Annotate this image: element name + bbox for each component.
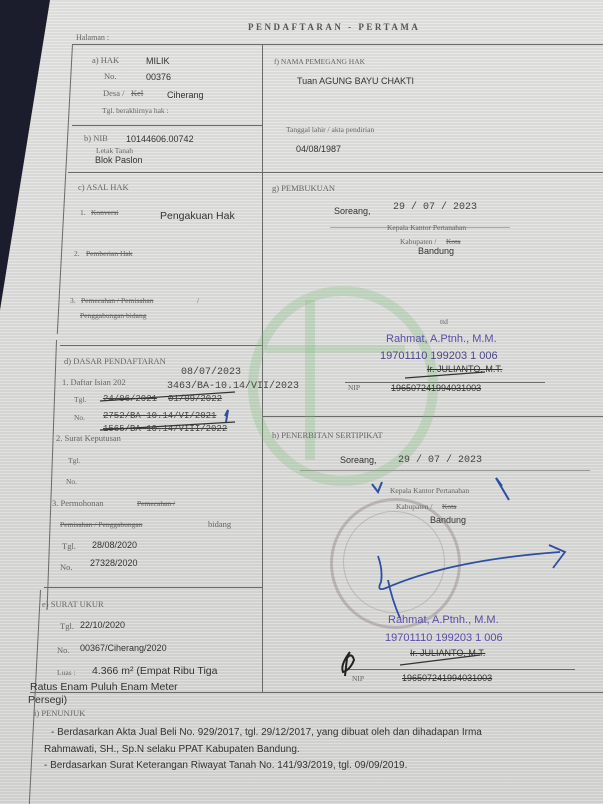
- strike-stroke-old-date: [100, 372, 485, 665]
- signature-stroke: [378, 545, 565, 618]
- ink-marks-layer: [0, 0, 603, 804]
- blue-checkmark-icon: [225, 410, 509, 500]
- initial-mark-icon: [342, 652, 354, 676]
